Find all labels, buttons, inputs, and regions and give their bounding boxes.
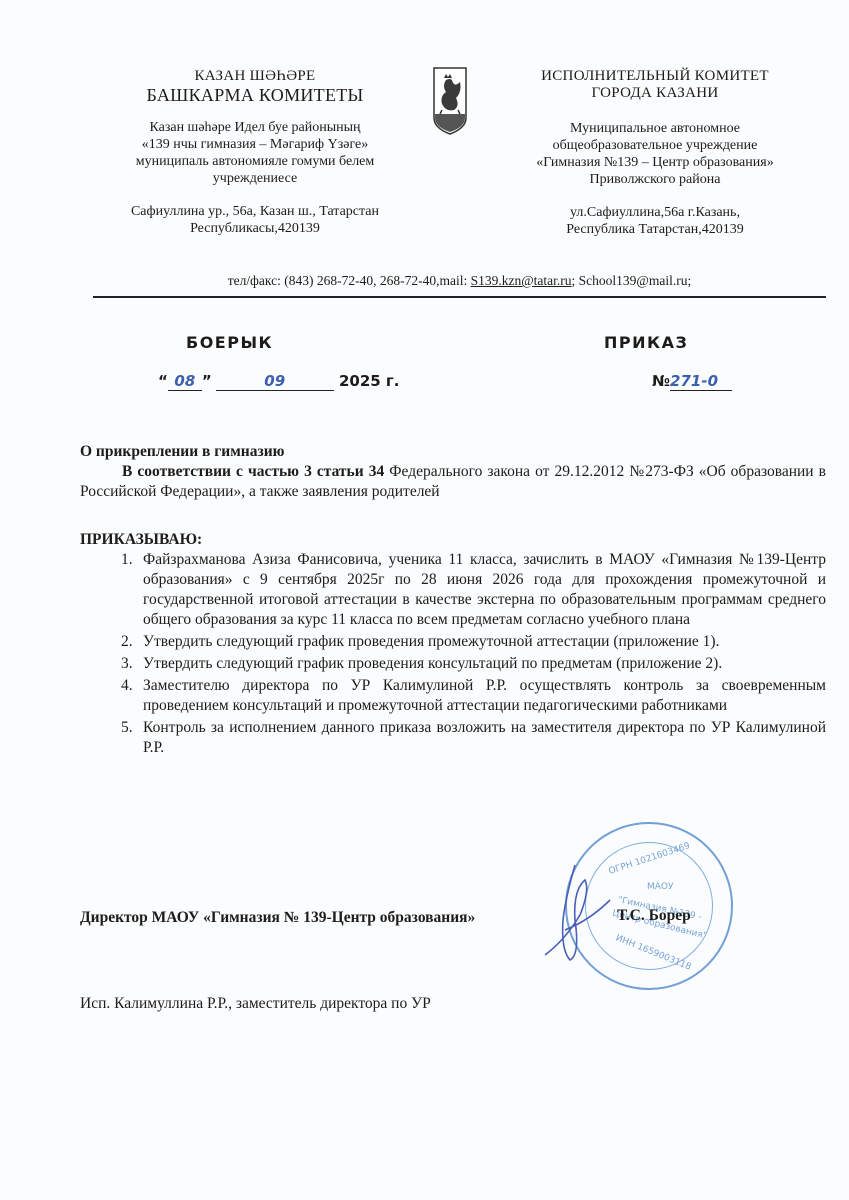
header-right-org4: Приволжского района [490, 171, 820, 188]
stamp-center1: МАОУ [647, 882, 674, 892]
contacts-prefix: тел/факс: (843) 268-72-40, 268-72-40,mai… [228, 273, 471, 288]
date-year: 2025 г. [339, 372, 400, 390]
header-left-org1: Казан шәһәре Идел буе районының [80, 119, 430, 136]
executor-line: Исп. Калимуллина Р.Р., заместитель дирек… [80, 994, 431, 1014]
order-item-text: Утвердить следующий график проведения пр… [143, 633, 719, 650]
order-item-number: 3. [121, 654, 133, 674]
date-day: 08 [168, 372, 202, 391]
header-left: КАЗАН ШӘҺӘРЕ БАШКАРМА КОМИТЕТЫ Казан шәһ… [80, 68, 430, 237]
header-right-addr1: ул.Сафиуллина,56а г.Казань, [490, 204, 820, 221]
order-item-text: Контроль за исполнением данного приказа … [143, 719, 826, 756]
date-open-quote: “ [158, 372, 168, 390]
order-items: 1. Файзрахманова Азиза Фанисовича, учени… [143, 550, 826, 758]
header-left-addr1: Сафиуллина ур., 56а, Казан ш., Татарстан [80, 203, 430, 220]
header-left-org4: учреждениесе [80, 170, 430, 187]
order-date: “08”09 2025 г. [158, 372, 399, 391]
handwritten-signature [535, 860, 615, 970]
order-item: 4. Заместителю директора по УР Калимулин… [143, 676, 826, 716]
header-right-org1: Муниципальное автономное [490, 120, 820, 137]
order-number: №271-0 [652, 372, 732, 391]
header-right-addr2: Республика Татарстан,420139 [490, 221, 820, 238]
header-left-org2: «139 нчы гимназия – Мәгариф Үзәге» [80, 136, 430, 153]
order-item-text: Заместителю директора по УР Калимулиной … [143, 677, 826, 714]
number-label: № [652, 372, 670, 390]
order-item: 2. Утвердить следующий график проведения… [143, 632, 826, 652]
order-item-number: 1. [121, 550, 133, 570]
order-item-number: 2. [121, 632, 133, 652]
number-value: 271-0 [670, 372, 732, 391]
order-item: 3. Утвердить следующий график проведения… [143, 654, 826, 674]
date-close-quote: ” [202, 372, 212, 390]
header-right-line1: ИСПОЛНИТЕЛЬНЫЙ КОМИТЕТ [490, 68, 820, 85]
order-title-russian: ПРИКАЗ [604, 333, 688, 352]
director-position: Директор МАОУ «Гимназия № 139-Центр обра… [80, 908, 475, 928]
order-item: 5. Контроль за исполнением данного прика… [143, 718, 826, 758]
director-name: Т.С. Борер [617, 906, 691, 926]
order-item-number: 5. [121, 718, 133, 738]
header-divider [93, 296, 826, 298]
order-title-tatar: БОЕРЫК [186, 333, 273, 352]
header-right-org3: «Гимназия №139 – Центр образования» [490, 154, 820, 171]
order-preamble: В соответствии с частью 3 статьи 34 Феде… [80, 462, 826, 502]
order-subject: О прикреплении в гимназию [80, 442, 284, 462]
header-left-addr2: Республикасы,420139 [80, 220, 430, 237]
email-link-primary[interactable]: S139.kzn@tatar.ru [471, 273, 572, 288]
header-right-line2: ГОРОДА КАЗАНИ [490, 85, 820, 102]
order-item-text: Утвердить следующий график проведения ко… [143, 655, 722, 672]
header-right-org2: общеобразовательное учреждение [490, 137, 820, 154]
contacts-separator: ; [572, 273, 579, 288]
date-month: 09 [216, 372, 334, 391]
preamble-bold: В соответствии с частью 3 статьи 34 [122, 463, 384, 480]
coat-of-arms-icon [432, 66, 468, 136]
header-left-line2: БАШКАРМА КОМИТЕТЫ [80, 85, 430, 105]
order-item-number: 4. [121, 676, 133, 696]
contacts-line: тел/факс: (843) 268-72-40, 268-72-40,mai… [93, 273, 826, 289]
order-word: ПРИКАЗЫВАЮ: [80, 530, 202, 550]
header-left-org3: муниципаль автономияле гомуми белем [80, 153, 430, 170]
header-left-line1: КАЗАН ШӘҺӘРЕ [80, 68, 430, 85]
email-link-secondary[interactable]: School139@mail.ru; [579, 273, 692, 288]
order-item-text: Файзрахманова Азиза Фанисовича, ученика … [143, 551, 826, 628]
header-right: ИСПОЛНИТЕЛЬНЫЙ КОМИТЕТ ГОРОДА КАЗАНИ Мун… [490, 68, 820, 238]
order-item: 1. Файзрахманова Азиза Фанисовича, учени… [143, 550, 826, 630]
